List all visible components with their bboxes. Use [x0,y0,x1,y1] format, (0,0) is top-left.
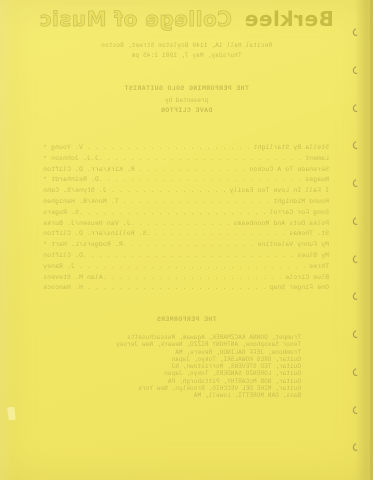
program-row: Polka Dots And Moonbeams J. Van Heusen/J… [43,219,329,230]
program-row: My Blues D. Clifton [43,251,329,262]
berklee-logo: Berklee College of Music [0,7,373,31]
featured-performer-name: DAVE CLIFTON [0,107,373,114]
program-row: Blue Circle Alan M. Stevens [43,273,329,284]
piece-title: One Finger Snap [269,283,329,294]
piece-title: Polka Dots And Moonbeams [233,219,329,230]
piece-title: St. Thomas [289,229,329,240]
dot-leader [75,262,309,273]
performer-line: Guitar, BOB McCARTHY, Pittsburgh, PA [61,378,301,385]
dot-leader [119,197,273,208]
piece-composer: J.J. Johnson * [43,154,99,165]
dot-leader [123,240,258,251]
dot-leader [83,143,253,154]
performer-line: Guitar, TED STEVENS, Morristown, NJ [61,363,301,370]
piece-composer: S. Rogers [43,208,79,219]
performer-line: Tenor Saxophone, ANTHONY RIZZO, Newark, … [61,341,301,348]
performer-line: Bass, DAN MORETTI, Lowell, MA [61,392,301,399]
presented-by-label: presented by [0,97,373,104]
piece-composer: Alan M. Stevens [43,273,103,284]
program-row: Stella By Starlight V. Young * [43,143,329,154]
piece-composer: T. Monk/B. Hanighen [43,197,119,208]
piece-title: My Funny Valentine [257,240,329,251]
dot-leader [79,208,269,219]
piece-title: Song For Carrol [269,208,329,219]
piece-composer: R. Rodgers/L. Hart * [43,240,123,251]
performer-line: Trombone, JEFF GALINDO, Revere, MA [61,349,301,356]
performer-line: Guitar, LORENZO SANDERS, Tokyo, Japan [61,370,301,377]
piece-composer: V. Young * [43,143,83,154]
dot-leader [83,251,297,262]
piece-composer: J. Styne/S. Cahn [43,186,107,197]
program-row: St. Thomas S. Rollins/arr. D. Clifton [43,229,329,240]
logo-word-berklee: Berklee [244,7,333,31]
performer-line: Guitar, GREG KOWALSKI, Tokyo, Japan [61,356,301,363]
piece-composer: J. Van Heusen/J. Burke [43,219,131,230]
performer-line: Guitar, MIKE DEL VECCHIO, Brooklyn, New … [61,385,301,392]
dot-leader [103,273,285,284]
mirrored-print-through: Berklee College of Music Recital Hall 1A… [0,0,373,480]
piece-title: My Blues [297,251,329,262]
dot-leader [99,175,305,186]
dot-leader [135,165,250,176]
scanned-program-page: Berklee College of Music Recital Hall 1A… [0,0,373,480]
dot-leader [107,186,230,197]
logo-words-college-of-music: College of Music [39,7,232,31]
piece-title: Lament [305,154,329,165]
piece-composer: J. Raney [43,262,75,273]
program-row: Nuages D. Reinhardt * [43,175,329,186]
program-list: Stella By Starlight V. Young * Lament J.… [43,143,329,294]
piece-composer: H. Hancock [43,283,83,294]
performer-line: Trumpet, DONNA KACZMAREK, Agawam, Massac… [61,334,301,341]
piece-title: Blue Circle [285,273,329,284]
program-row: One Finger Snap H. Hancock [43,283,329,294]
program-row: Lament J.J. Johnson * [43,154,329,165]
dot-leader [131,219,234,230]
piece-title: Three [309,262,329,273]
program-row: Round Midnight T. Monk/B. Hanighen [43,197,329,208]
piece-composer: S. Rollins/arr. D. Clifton [43,229,147,240]
piece-composer: D. Reinhardt * [43,175,99,186]
piece-composer: R. Kirk/arr. D. Clifton [43,165,135,176]
paper-smudge [7,407,16,421]
program-row: Serenade To A Cuckoo R. Kirk/arr. D. Cli… [43,165,329,176]
piece-title: Stella By Starlight [253,143,329,154]
dot-leader [147,229,290,240]
program-row: My Funny Valentine R. Rodgers/L. Hart * [43,240,329,251]
dot-leader [99,154,305,165]
program-row: Three J. Raney [43,262,329,273]
piece-title: Nuages [305,175,329,186]
piece-title: Round Midnight [273,197,329,208]
date-time-line: Thursday, May 7, 1981 2:45 pm [0,51,373,61]
piece-title: Serenade To A Cuckoo [249,165,329,176]
performers-heading: THE PERFORMERS [0,316,373,323]
piece-composer: D. Clifton [43,251,83,262]
program-row: I Fall In Love Too Easily J. Styne/S. Ca… [43,186,329,197]
program-row: Song For Carrol S. Rogers [43,208,329,219]
venue-address-line: Recital Hall 1A, 1140 Boylston Street, B… [0,41,373,51]
dot-leader [83,283,269,294]
recital-title: THE PERFORMING SOLO GUITARIST [0,85,373,92]
piece-title: I Fall In Love Too Easily [229,186,329,197]
performers-list: Trumpet, DONNA KACZMAREK, Agawam, Massac… [61,334,301,400]
